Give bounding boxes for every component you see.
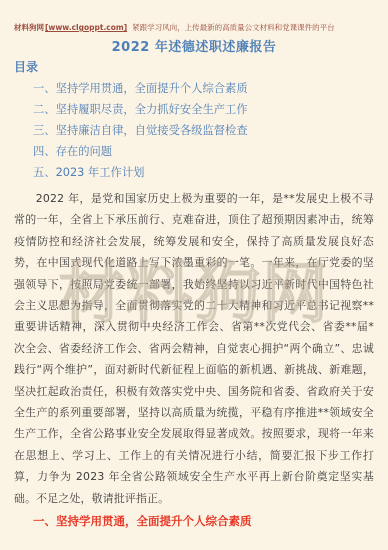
toc-item-5: 五、2023 年工作计划 <box>14 162 374 183</box>
site-name: 材料狗网 <box>14 23 44 32</box>
site-slogan: 紧跟学习风向，上传最新的高质量公文材料和党课课件的平台 <box>132 23 335 32</box>
document-page: 材料狗网[www.clgoppt.com]紧跟学习风向，上传最新的高质量公文材料… <box>0 0 388 550</box>
body-paragraph: 2022 年，是党和国家历史上极为重要的一年，是**发展史上极不寻常的一年，全省… <box>14 188 374 509</box>
site-url-link[interactable]: [www.clgoppt.com] <box>45 23 127 32</box>
toc-title: 目录 <box>14 57 374 78</box>
toc-item-3: 三、坚持廉洁自律，自觉接受各级监督检查 <box>14 120 374 141</box>
table-of-contents: 目录 一、坚持学用贯通，全面提升个人综合素质 二、坚持履职尽责，全力抓好安全生产… <box>14 57 374 183</box>
toc-item-4: 四、存在的问题 <box>14 141 374 162</box>
toc-item-1: 一、坚持学用贯通，全面提升个人综合素质 <box>14 78 374 99</box>
toc-item-2: 二、坚持履职尽责，全力抓好安全生产工作 <box>14 99 374 120</box>
site-header: 材料狗网[www.clgoppt.com]紧跟学习风向，上传最新的高质量公文材料… <box>14 22 374 34</box>
document-title: 2022 年述德述职述廉报告 <box>14 38 374 57</box>
section-heading: 一、坚持学用贯通，全面提升个人综合素质 <box>14 511 374 532</box>
